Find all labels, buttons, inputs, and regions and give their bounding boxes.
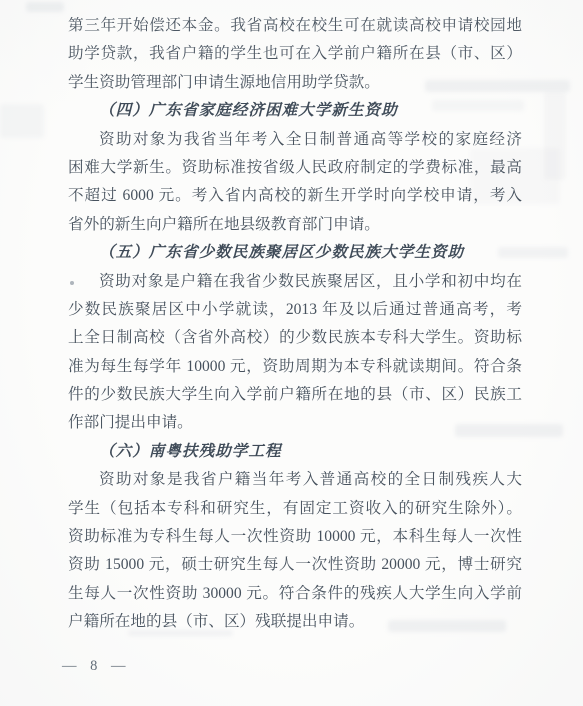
bleed-through-smudge <box>26 2 64 12</box>
text-line: 第三年开始偿还本金。我省高校在校生可在就读高校申请校园地 <box>68 12 522 40</box>
text-line: 准为每生每学年 10000 元，资助周期为本专科就读期间。符合条 <box>68 353 522 381</box>
section-heading: （五）广东省少数民族聚居区少数民族大学生资助 <box>68 239 522 267</box>
text-line: 资助标准为专科生每人一次性资助 10000 元，本科生每人一次性 <box>68 523 522 551</box>
text-line: 资助 15000 元，硕士研究生每人一次性资助 20000 元，博士研究 <box>68 551 522 579</box>
text-line: 学生（包括本专科和研究生，有固定工资收入的研究生除外）。 <box>68 495 522 523</box>
section-heading: （四）广东省家庭经济困难大学新生资助 <box>68 97 522 125</box>
text-line: 学生资助管理部门申请生源地信用助学贷款。 <box>68 69 522 97</box>
text-line: 件的少数民族大学生向入学前户籍所在地的县（市、区）民族工 <box>68 381 522 409</box>
text-column: 第三年开始偿还本金。我省高校在校生可在就读高校申请校园地助学贷款，我省户籍的学生… <box>68 12 522 637</box>
bleed-through-smudge <box>544 92 566 180</box>
section-heading: （六）南粤扶残助学工程 <box>68 438 522 466</box>
bleed-through-smudge <box>0 104 44 138</box>
text-line: 生每人一次性资助 30000 元。符合条件的残疾人大学生向入学前 <box>68 580 522 608</box>
text-line: 助学贷款，我省户籍的学生也可在入学前户籍所在县（市、区） <box>68 40 522 68</box>
text-line: 作部门提出申请。 <box>68 409 522 437</box>
text-line: 不超过 6000 元。考入省内高校的新生开学时向学校申请，考入 <box>68 182 522 210</box>
text-line: 户籍所在地的县（市、区）残联提出申请。 <box>68 608 522 636</box>
text-line: 资助对象是户籍在我省少数民族聚居区，且小学和初中均在 <box>68 268 522 296</box>
document-page: 第三年开始偿还本金。我省高校在校生可在就读高校申请校园地助学贷款，我省户籍的学生… <box>0 0 583 706</box>
text-line: 困难大学新生。资助标准按省级人民政府制定的学费标准，最高 <box>68 154 522 182</box>
text-line: 上全日制高校（含省外高校）的少数民族本专科大学生。资助标 <box>68 324 522 352</box>
text-line: 资助对象为我省当年考入全日制普通高等学校的家庭经济 <box>68 126 522 154</box>
text-line: 资助对象是我省户籍当年考入普通高校的全日制残疾人大 <box>68 466 522 494</box>
page-number: — 8 — <box>62 658 128 675</box>
text-line: 少数民族聚居区中小学就读，2013 年及以后通过普通高考，考 <box>68 296 522 324</box>
text-line: 省外的新生向户籍所在地县级教育部门申请。 <box>68 211 522 239</box>
